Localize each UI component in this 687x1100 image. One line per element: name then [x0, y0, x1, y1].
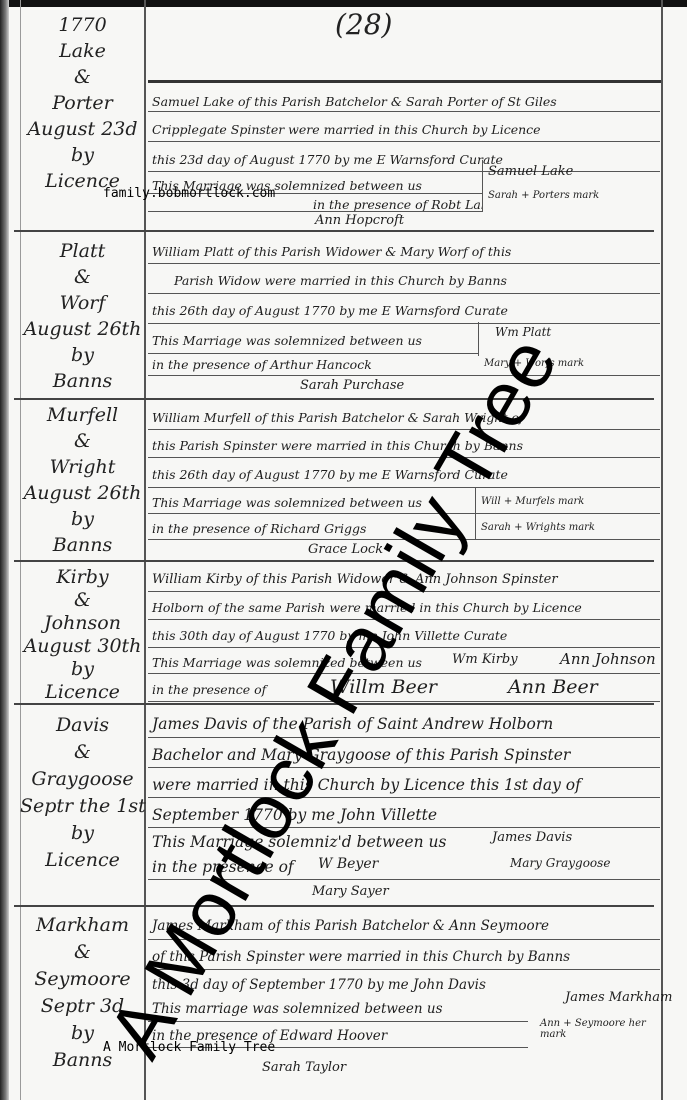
right-rule: [661, 0, 663, 1100]
entry-line: This Marriage was solemnized between us: [148, 324, 478, 354]
witness: W Beyer: [318, 856, 378, 872]
signature: Ann + Seymoore her mark: [540, 1018, 660, 1040]
signature: Wm Kirby: [452, 652, 518, 667]
witness: Mary Sayer: [312, 884, 389, 899]
page-number: (28): [335, 8, 392, 41]
signature: Mary Graygoose: [510, 856, 610, 870]
witness: Sarah Taylor: [262, 1060, 346, 1075]
entry-line: James Davis of the Parish of Saint Andre…: [148, 706, 660, 738]
entry-divider: [14, 398, 654, 400]
signature: Samuel Lake: [488, 164, 573, 179]
register-page: (28) 1770 Lake & Porter August 23d by Li…: [0, 0, 687, 1100]
page-top-edge: [0, 0, 687, 7]
entry-divider: [14, 560, 654, 562]
header-rule: [148, 80, 661, 83]
margin-note-kirby-johnson: Kirby & Johnson August 30th by Licence: [20, 566, 145, 704]
entry-line: Samuel Lake of this Parish Batchelor & S…: [148, 86, 660, 112]
entry-line: William Platt of this Parish Widower & M…: [148, 236, 660, 264]
entry-line: this 23d day of August 1770 by me E Warn…: [148, 142, 660, 172]
signature: Ann Johnson: [560, 650, 656, 668]
signature: Sarah + Porters mark: [488, 190, 599, 201]
binding-edge: [0, 0, 9, 1100]
watermark-footer: A Mortlock Family Tree: [103, 1040, 275, 1055]
witness: Ann Beer: [508, 676, 598, 698]
margin-note-lake-porter: 1770 Lake & Porter August 23d by Licence: [20, 12, 145, 194]
margin-note-platt-worf: Platt & Worf August 26th by Banns: [20, 238, 145, 394]
witness: Ann Hopcroft: [315, 213, 404, 228]
entry-divider: [14, 905, 654, 907]
signature: James Davis: [492, 830, 572, 845]
entry-divider: [14, 230, 654, 232]
margin-note-davis-graygoose: Davis & Graygoose Septr the 1st by Licen…: [20, 712, 145, 874]
watermark-url: family.bobmortlock.com: [103, 186, 275, 201]
margin-note-murfell-wright: Murfell & Wright August 26th by Banns: [20, 402, 145, 558]
entry-line: Bachelor and Mary Graygoose of this Pari…: [148, 738, 660, 768]
signature: James Markham: [565, 990, 672, 1005]
witness: Sarah Purchase: [300, 378, 404, 393]
signature: Sarah + Wrights mark: [481, 522, 595, 533]
entry-line: Cripplegate Spinster were married in thi…: [148, 112, 660, 142]
entry-line: this Parish Spinster were married in thi…: [148, 430, 660, 458]
entry-line: William Murfell of this Parish Batchelor…: [148, 402, 660, 430]
